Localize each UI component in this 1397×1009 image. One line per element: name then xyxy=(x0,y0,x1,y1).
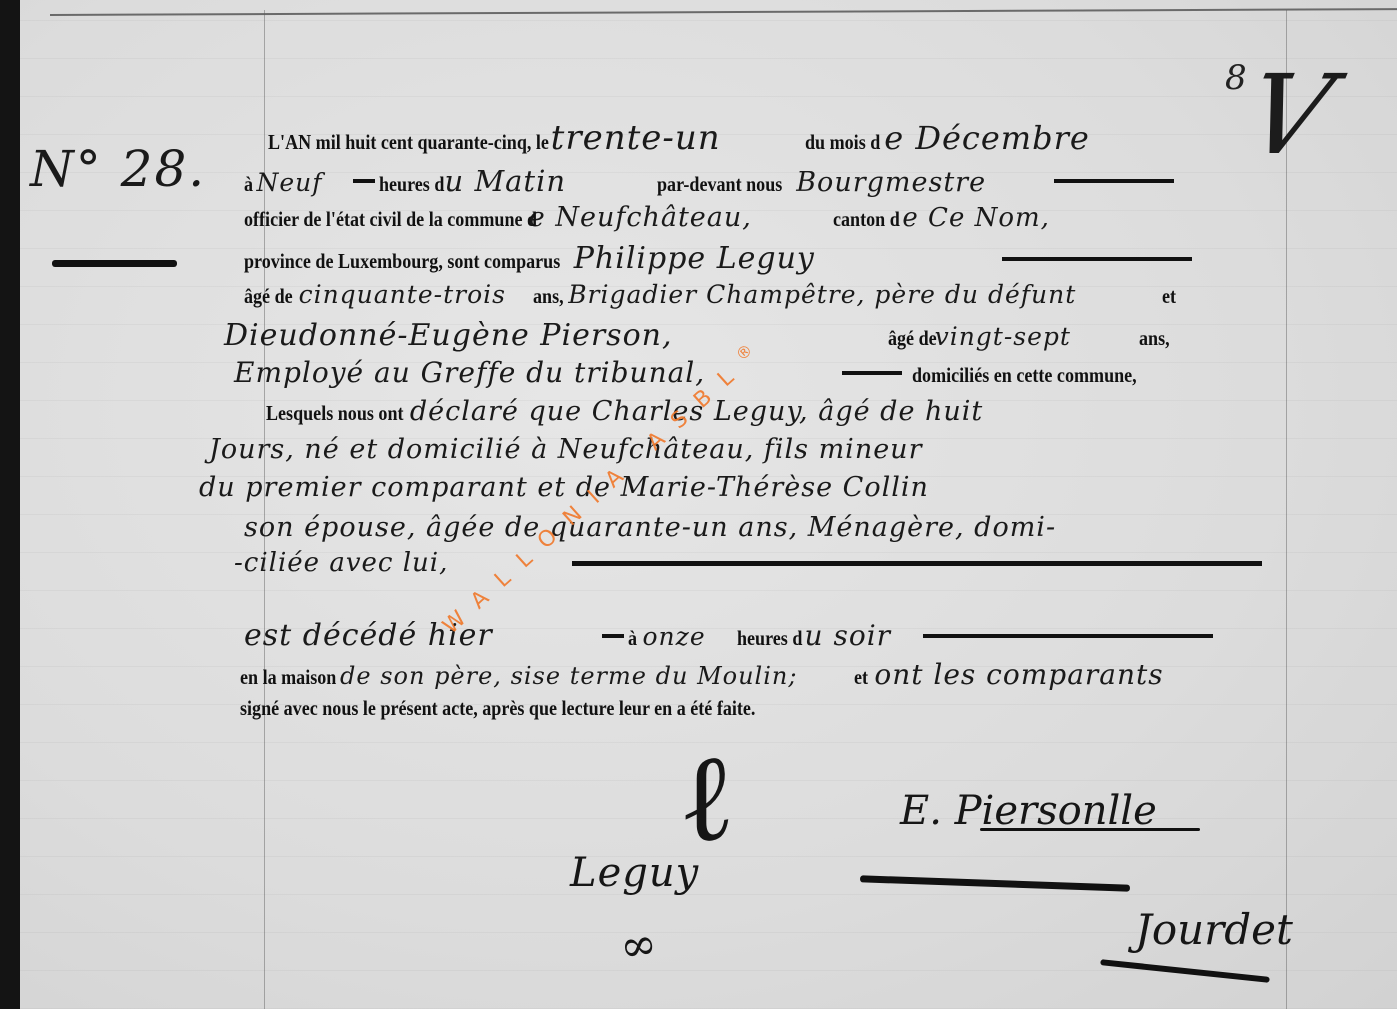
record-line-5: âgé de cinquante-trois ans, Brigadier Ch… xyxy=(244,280,1179,309)
printed-text: et xyxy=(854,665,868,690)
printed-text: en la maison xyxy=(240,665,336,690)
handwritten-time-of-day: u soir xyxy=(801,619,919,652)
record-line-11: son épouse, âgée de quarante-un ans, Mén… xyxy=(240,512,1060,543)
handwritten-age: vingt-sept xyxy=(931,322,1139,351)
record-line-12: -ciliée avec lui, xyxy=(230,548,1266,578)
fill-bar xyxy=(572,561,1262,566)
left-margin-rule xyxy=(264,10,265,1009)
handwritten-place-of-death: de son père, sise terme du Moulin; xyxy=(336,662,854,690)
printed-text: heures d xyxy=(379,172,444,197)
handwritten-death-statement: est décédé hier xyxy=(240,618,598,653)
entry-number: N° 28. xyxy=(30,140,206,198)
fill-bar xyxy=(353,179,375,183)
handwritten-day: trente-un xyxy=(547,118,785,158)
folio-number: 8 xyxy=(1225,58,1247,98)
printed-text: canton d xyxy=(833,207,900,232)
printed-text: du mois d xyxy=(805,130,880,155)
printed-text: province de Luxembourg, sont comparus xyxy=(244,249,560,274)
signature-jourdet: Jourdet xyxy=(1135,905,1293,954)
handwritten-month: e Décembre xyxy=(880,119,1094,157)
handwritten-declaration: Jours, né et domicilié à Neufchâteau, fi… xyxy=(205,434,926,465)
record-line-9: Jours, né et domicilié à Neufchâteau, fi… xyxy=(205,434,926,465)
fill-bar xyxy=(923,634,1213,638)
signature-paraph: ∞ xyxy=(617,918,660,974)
record-line-2: à Neuf heures d u Matin par-devant nous … xyxy=(244,164,1178,198)
record-line-4: province de Luxembourg, sont comparus Ph… xyxy=(244,241,1196,276)
entry-number-underline xyxy=(52,260,177,267)
printed-text: à xyxy=(628,626,637,651)
printed-text: L'AN mil huit cent quarante-cinq, le xyxy=(268,130,549,155)
fill-bar xyxy=(842,371,902,375)
printed-text: signé avec nous le présent acte, après q… xyxy=(240,696,755,721)
handwritten-time-of-day: u Matin xyxy=(441,164,649,198)
record-line-10: du premier comparant et de Marie-Thérèse… xyxy=(195,472,933,503)
fill-bar xyxy=(1002,257,1192,261)
handwritten-commune: e Neufchâteau, xyxy=(525,202,833,233)
printed-text: Lesquels nous ont xyxy=(266,401,404,426)
printed-text: âgé de xyxy=(244,284,293,309)
handwritten-hour: onze xyxy=(639,622,737,651)
handwritten-occupation: Brigadier Champêtre, père du défunt xyxy=(564,280,1162,309)
handwritten-hour: Neuf xyxy=(253,168,349,197)
printed-text: âgé de xyxy=(888,326,937,351)
record-line-14: en la maison de son père, sise terme du … xyxy=(240,658,1168,691)
printed-text: heures d xyxy=(737,626,802,651)
fill-bar xyxy=(1054,179,1174,183)
printed-text: par-devant nous xyxy=(657,172,782,197)
top-rule xyxy=(50,8,1397,16)
printed-text: domiciliés en cette commune, xyxy=(912,363,1137,388)
printed-text: à xyxy=(244,172,253,197)
handwritten-declaration: du premier comparant et de Marie-Thérèse… xyxy=(195,472,933,503)
handwritten-declaration: son épouse, âgée de quarante-un ans, Mén… xyxy=(240,512,1060,543)
scan-left-border xyxy=(0,0,20,1009)
record-line-3: officier de l'état civil de la commune d… xyxy=(244,202,1054,233)
record-line-1: L'AN mil huit cent quarante-cinq, le tre… xyxy=(268,118,1094,158)
fill-bar xyxy=(602,634,624,638)
printed-text: ans, xyxy=(533,284,564,309)
signature-leguy: Leguy xyxy=(570,850,699,896)
printed-text: ans, xyxy=(1139,326,1170,351)
printed-text: officier de l'état civil de la commune d xyxy=(244,207,537,232)
handwritten-age: cinquante-trois xyxy=(295,280,533,309)
handwritten-officer-title: Bourgmestre xyxy=(792,167,1050,198)
handwritten-second-declarant: Dieudonné-Eugène Pierson, xyxy=(220,318,888,353)
record-line-6: Dieudonné-Eugène Pierson, âgé de vingt-s… xyxy=(220,318,1174,353)
record-line-8: Lesquels nous ont déclaré que Charles Le… xyxy=(266,396,987,427)
handwritten-canton: e Ce Nom, xyxy=(898,203,1054,233)
handwritten-first-declarant: Philippe Leguy xyxy=(570,241,998,276)
signature-underline xyxy=(980,828,1200,831)
handwritten-signatories: ont les comparants xyxy=(870,658,1167,691)
printed-text: et xyxy=(1162,284,1176,309)
record-line-13: est décédé hier à onze heures d u soir xyxy=(240,618,1217,653)
record-line-15: signé avec nous le présent acte, après q… xyxy=(240,696,839,721)
